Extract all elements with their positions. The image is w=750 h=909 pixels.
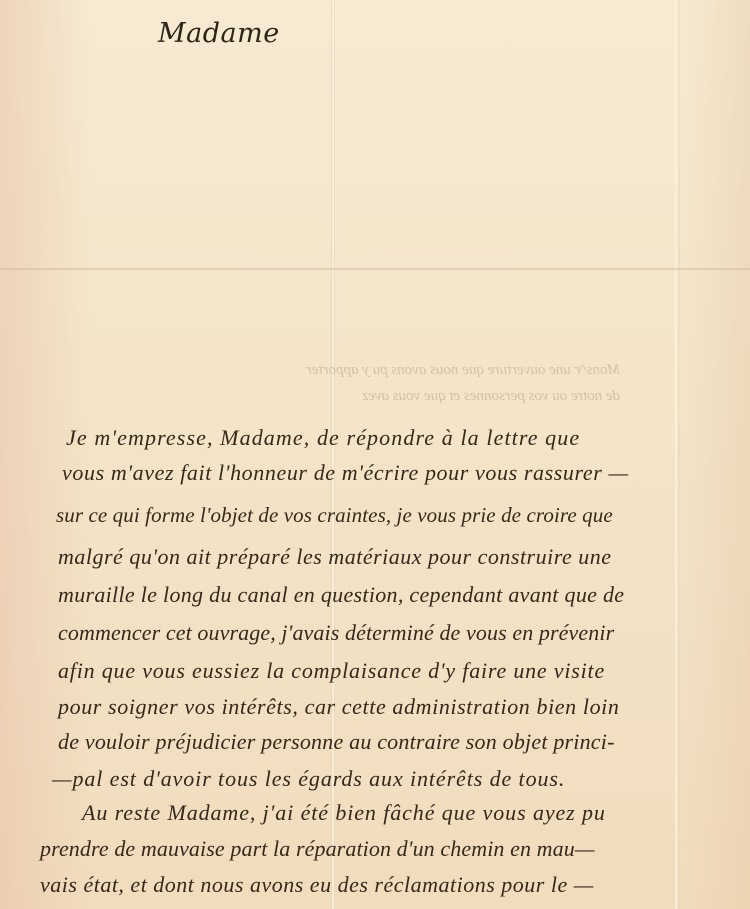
letter-line-13: vais état, et dont nous avons eu des réc…	[40, 872, 594, 898]
letter-line-12: prendre de mauvaise part la réparation d…	[40, 836, 595, 862]
letter-line-7: afin que vous eussiez la complaisance d'…	[58, 658, 605, 684]
salutation: Madame	[158, 18, 280, 49]
letter-line-8: pour soigner vos intérêts, car cette adm…	[58, 694, 620, 720]
letter-line-2: vous m'avez fait l'honneur de m'écrire p…	[62, 460, 629, 486]
letter-line-10: —pal est d'avoir tous les égards aux int…	[52, 766, 565, 792]
letter-line-4: malgré qu'on ait préparé les matériaux p…	[58, 544, 612, 570]
letter-page: Mons^r une ouverture que nous avons pu y…	[0, 0, 750, 909]
horizontal-fold-crease	[0, 268, 750, 270]
bleed-through-line: de notre ou vos personnes et que vous av…	[260, 388, 620, 405]
letter-line-5: muraille le long du canal en question, c…	[58, 582, 624, 608]
right-fold-crease	[675, 0, 680, 909]
bleed-through-line: Mons^r une ouverture que nous avons pu y…	[260, 362, 620, 379]
letter-line-11: Au reste Madame, j'ai été bien fâché que…	[82, 800, 606, 826]
letter-line-3: sur ce qui forme l'objet de vos craintes…	[56, 503, 613, 528]
letter-line-9: de vouloir préjudicier personne au contr…	[58, 729, 615, 755]
letter-line-6: commencer cet ouvrage, j'avais déterminé…	[58, 620, 614, 646]
letter-line-1: Je m'empresse, Madame, de répondre à la …	[66, 425, 580, 451]
